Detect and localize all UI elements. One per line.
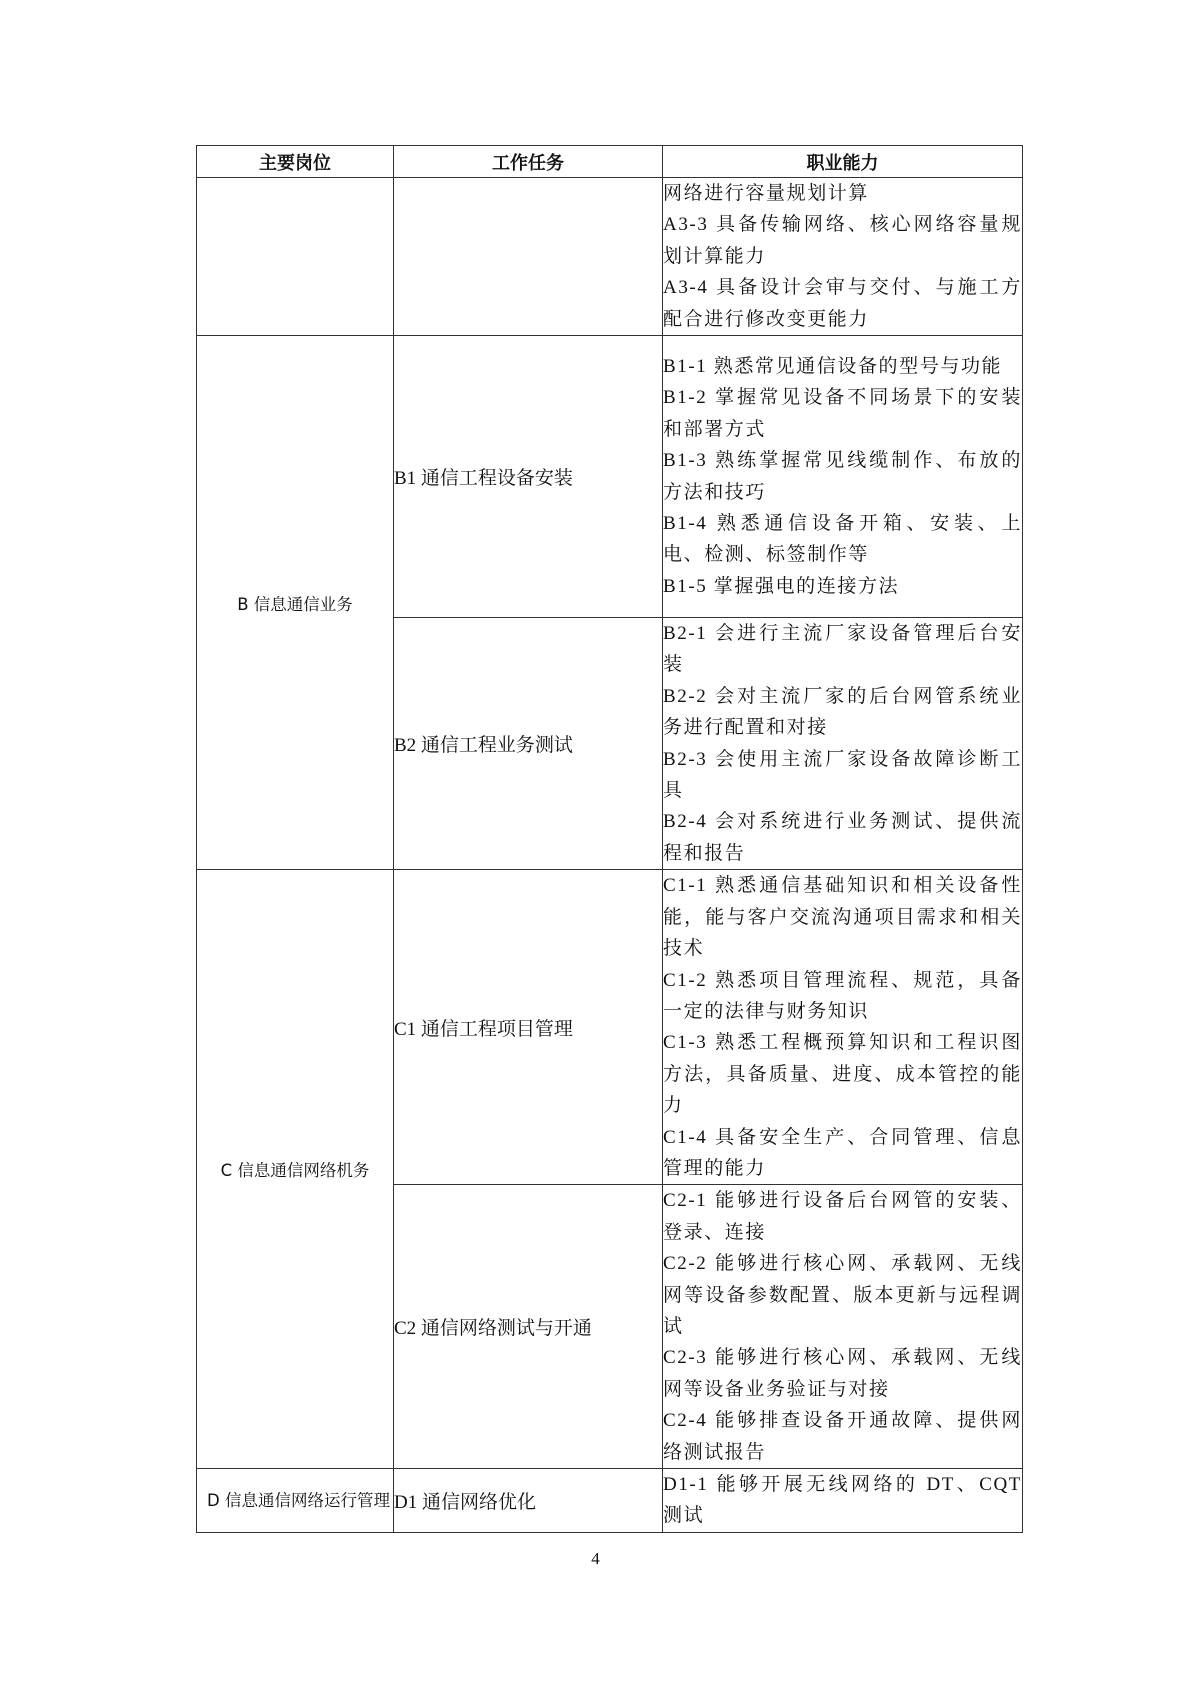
competency-item: C2-1 能够进行设备后台网管的安装、登录、连接: [663, 1185, 1022, 1248]
competency-item: C1-3 熟悉工程概预算知识和工程识图方法，具备质量、进度、成本管控的能力: [663, 1027, 1022, 1121]
competency-table: 主要岗位 工作任务 职业能力 网络进行容量规划计算 A3-3 具备传输网络、核心…: [196, 145, 1023, 1533]
task-cell-b2: B2 通信工程业务测试: [394, 618, 663, 870]
page-number: 4: [0, 1549, 1191, 1569]
competency-cell-b1: B1-1 熟悉常见通信设备的型号与功能 B1-2 掌握常见设备不同场景下的安装和…: [663, 336, 1023, 618]
competency-cell-d1: D1-1 能够开展无线网络的 DT、CQT 测试: [663, 1469, 1023, 1533]
competency-cell-c1: C1-1 熟悉通信基础知识和相关设备性能，能与客户交流沟通项目需求和相关技术 C…: [663, 870, 1023, 1185]
competency-item: B2-2 会对主流厂家的后台网管系统业务进行配置和对接: [663, 681, 1022, 744]
task-cell: [394, 178, 663, 336]
competency-item: C2-4 能够排查设备开通故障、提供网络测试报告: [663, 1405, 1022, 1468]
task-cell-b1: B1 通信工程设备安装: [394, 336, 663, 618]
competency-item: A3-4 具备设计会审与交付、与施工方配合进行修改变更能力: [663, 272, 1022, 335]
role-cell-c: C 信息通信网络机务: [197, 870, 394, 1469]
competency-item: B1-4 熟悉通信设备开箱、安装、上电、检测、标签制作等: [663, 508, 1022, 571]
competency-cell: 网络进行容量规划计算 A3-3 具备传输网络、核心网络容量规划计算能力 A3-4…: [663, 178, 1023, 336]
competency-item: B1-1 熟悉常见通信设备的型号与功能: [663, 351, 1022, 382]
table-row-d1: D 信息通信网络运行管理 D1 通信网络优化 D1-1 能够开展无线网络的 DT…: [197, 1469, 1023, 1533]
task-cell-d1: D1 通信网络优化: [394, 1469, 663, 1533]
role-cell-b: B 信息通信业务: [197, 336, 394, 870]
role-cell-d: D 信息通信网络运行管理: [197, 1469, 394, 1533]
header-task: 工作任务: [394, 146, 663, 178]
competency-item: A3-3 具备传输网络、核心网络容量规划计算能力: [663, 209, 1022, 272]
competency-item: B2-3 会使用主流厂家设备故障诊断工具: [663, 744, 1022, 807]
competency-cell-b2: B2-1 会进行主流厂家设备管理后台安装 B2-2 会对主流厂家的后台网管系统业…: [663, 618, 1023, 870]
header-row: 主要岗位 工作任务 职业能力: [197, 146, 1023, 178]
header-role: 主要岗位: [197, 146, 394, 178]
competency-item: C2-2 能够进行核心网、承载网、无线网等设备参数配置、版本更新与远程调试: [663, 1248, 1022, 1342]
competency-item: B1-5 掌握强电的连接方法: [663, 571, 1022, 602]
competency-item: B2-4 会对系统进行业务测试、提供流程和报告: [663, 806, 1022, 869]
task-cell-c2: C2 通信网络测试与开通: [394, 1185, 663, 1469]
table-row-b1: B 信息通信业务 B1 通信工程设备安装 B1-1 熟悉常见通信设备的型号与功能…: [197, 336, 1023, 618]
competency-item: D1-1 能够开展无线网络的 DT、CQT 测试: [663, 1469, 1022, 1532]
competency-item: B2-1 会进行主流厂家设备管理后台安装: [663, 618, 1022, 681]
competency-item: C1-4 具备安全生产、合同管理、信息管理的能力: [663, 1122, 1022, 1185]
competency-item: C1-2 熟悉项目管理流程、规范，具备一定的法律与财务知识: [663, 965, 1022, 1028]
role-cell: [197, 178, 394, 336]
competency-item: C2-3 能够进行核心网、承载网、无线网等设备业务验证与对接: [663, 1342, 1022, 1405]
header-competency: 职业能力: [663, 146, 1023, 178]
competency-item: B1-3 熟练掌握常见线缆制作、布放的方法和技巧: [663, 445, 1022, 508]
competency-item: 网络进行容量规划计算: [663, 178, 1022, 209]
competency-item: C1-1 熟悉通信基础知识和相关设备性能，能与客户交流沟通项目需求和相关技术: [663, 870, 1022, 964]
competency-cell-c2: C2-1 能够进行设备后台网管的安装、登录、连接 C2-2 能够进行核心网、承载…: [663, 1185, 1023, 1469]
competency-item: B1-2 掌握常见设备不同场景下的安装和部署方式: [663, 382, 1022, 445]
table-row-a-continued: 网络进行容量规划计算 A3-3 具备传输网络、核心网络容量规划计算能力 A3-4…: [197, 178, 1023, 336]
task-cell-c1: C1 通信工程项目管理: [394, 870, 663, 1185]
table-row-c1: C 信息通信网络机务 C1 通信工程项目管理 C1-1 熟悉通信基础知识和相关设…: [197, 870, 1023, 1185]
